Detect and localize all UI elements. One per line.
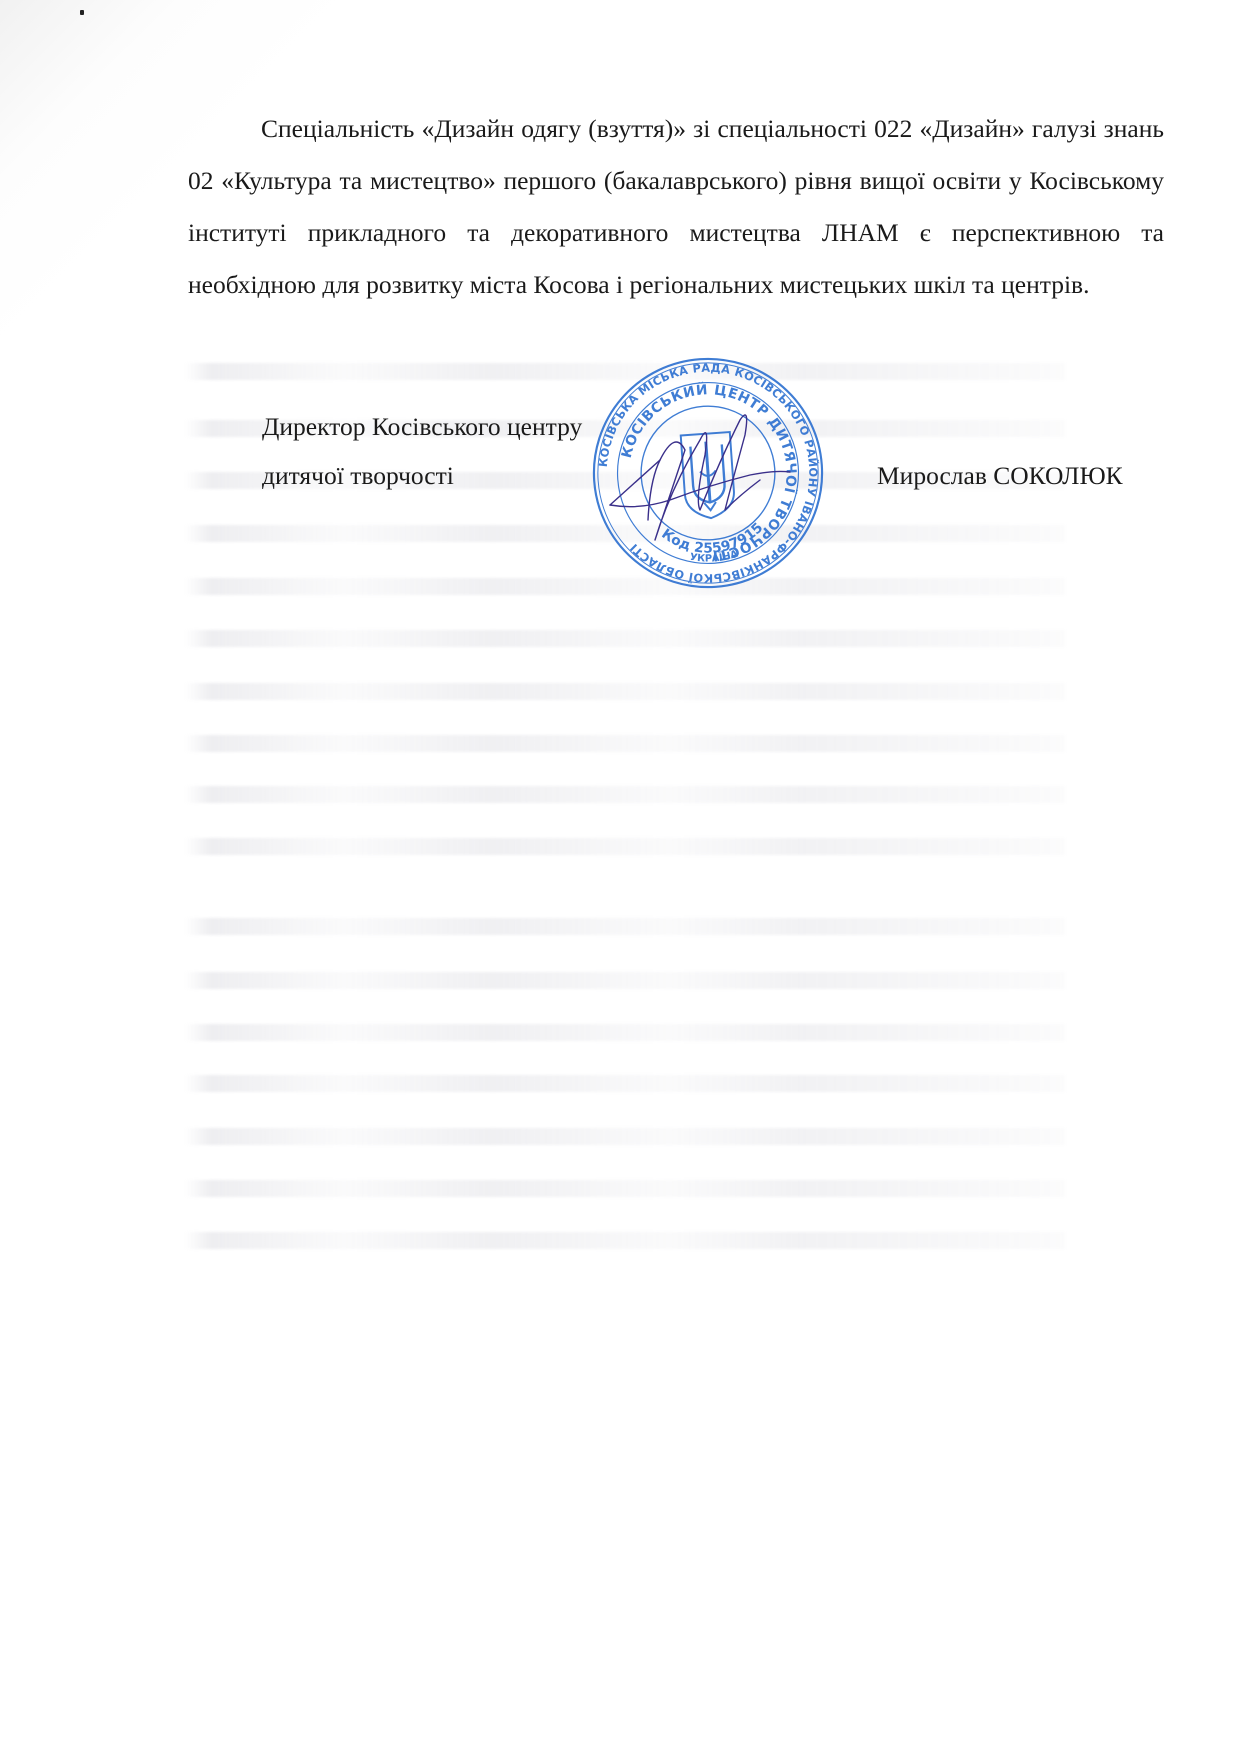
- handwritten-signature-icon: [600, 400, 800, 550]
- scan-artifact-dot: [80, 10, 84, 15]
- scanned-page: Спеціальність «Дизайн одягу (взуття)» зі…: [0, 0, 1240, 1753]
- body-paragraph: Спеціальність «Дизайн одягу (взуття)» зі…: [188, 103, 1164, 311]
- signer-name: Мирослав СОКОЛЮК: [877, 461, 1123, 491]
- signer-position-line-2: дитячої творчості: [262, 461, 454, 491]
- signer-position-line-1: Директор Косівського центру: [262, 412, 582, 442]
